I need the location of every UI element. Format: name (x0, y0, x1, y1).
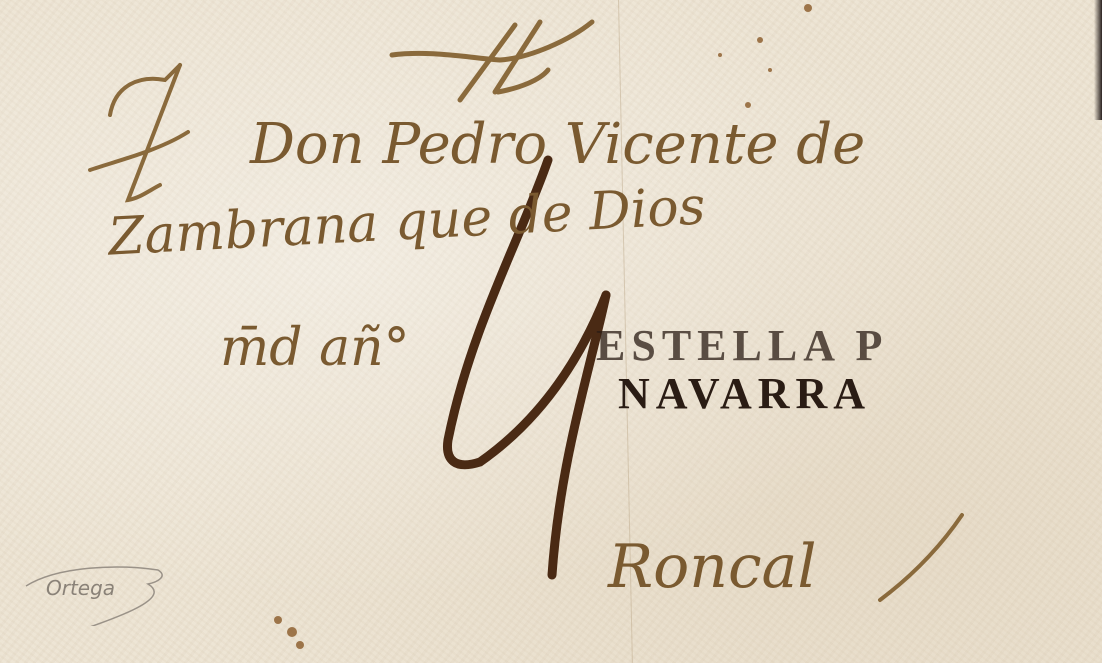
roncal-flourish (880, 515, 962, 600)
prefix-a-mark (90, 65, 188, 200)
postmark-line-2: NAVARRA (596, 370, 956, 418)
address-line-1: Don Pedro Vicente de (250, 112, 865, 177)
destination-text: Roncal (608, 532, 817, 602)
postmark-line-1: ESTELLA P (596, 322, 956, 370)
pencil-annotation: Ortega (18, 556, 178, 626)
address-line-3: m̄d añ° (220, 318, 410, 378)
postmark-stamp: ESTELLA P NAVARRA (596, 322, 956, 418)
top-flourish-mark (392, 22, 592, 100)
pencil-note-text: Ortega (46, 576, 115, 600)
